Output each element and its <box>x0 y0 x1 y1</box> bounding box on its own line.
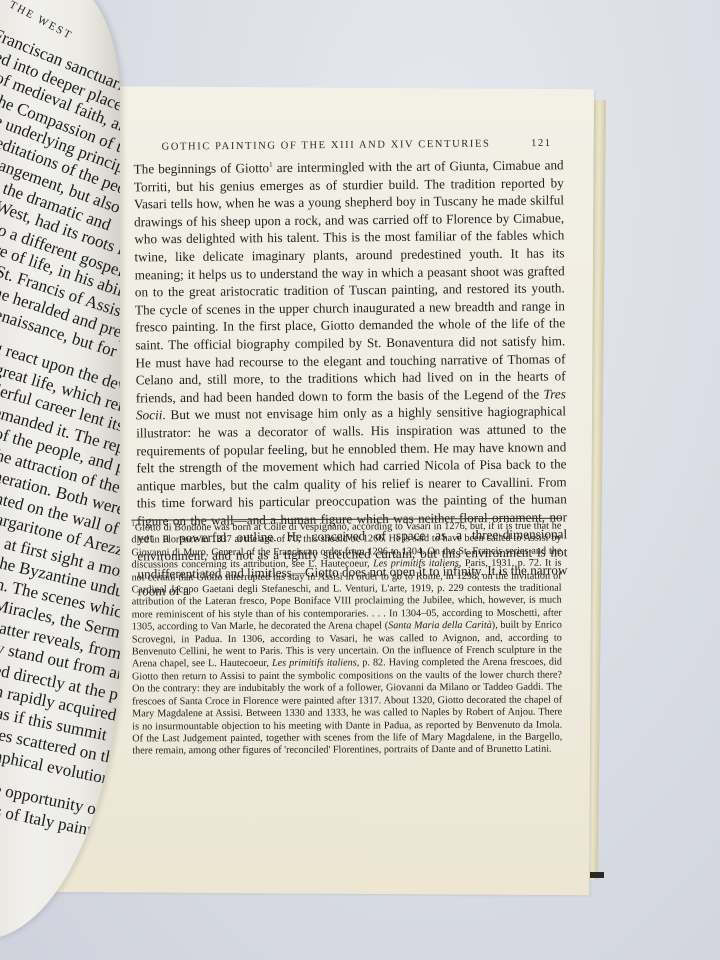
footnote-italic: Les primitifs italiens <box>272 658 357 669</box>
running-head-title: GOTHIC PAINTING OF THE XIII AND XIV CENT… <box>162 139 491 153</box>
footnote-text: , p. 82. Having completed the Arena fres… <box>132 657 562 757</box>
right-page: GOTHIC PAINTING OF THE XIII AND XIV CENT… <box>57 86 594 895</box>
footnote-italic: Les primitifs italiens <box>373 558 459 569</box>
body-text-segment: The beginnings of Giotto <box>134 160 270 176</box>
body-text-segment: are intermingled with the art of Giunta,… <box>134 157 566 405</box>
page-number: 121 <box>531 138 552 149</box>
running-head: GOTHIC PAINTING OF THE XIII AND XIV CENT… <box>162 138 552 153</box>
footnote-italic: Santa Maria della Carità <box>388 620 492 631</box>
footnote: 1Giotto di Bondone was born at Colle di … <box>131 521 562 759</box>
book-cover-corner <box>590 872 604 878</box>
